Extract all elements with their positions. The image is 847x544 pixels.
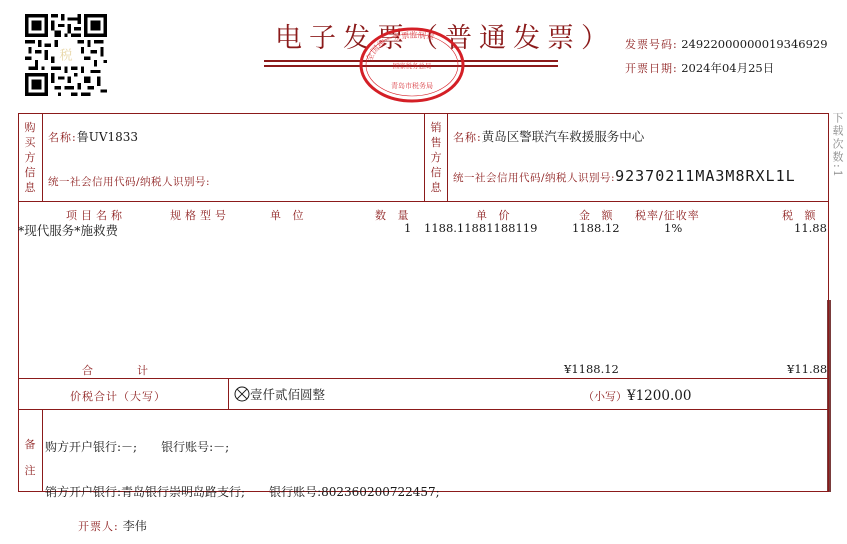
item-name: *现代服务*施救费 — [18, 221, 118, 239]
remarks-section-label: 备注 — [23, 432, 37, 484]
buyer-name-value: 鲁UV1833 — [77, 130, 138, 144]
stamp-bottom-text: 青岛市税务局 — [391, 81, 433, 90]
stamp-middle-text: 国家税务总局 — [393, 61, 433, 70]
grand-total-divider — [228, 378, 229, 409]
seller-tax-id-value: 92370211MA3M8RXL1L — [615, 167, 796, 185]
circled-x-icon — [234, 386, 250, 402]
issuer-value: 李伟 — [123, 519, 147, 533]
frame-right — [828, 113, 829, 492]
grand-total-lowercase-value: ¥1200.00 — [627, 388, 691, 404]
item-unit-price: 1188.11881188119 — [424, 221, 537, 235]
grand-total-lowercase: （小写）¥1200.00 — [583, 385, 691, 404]
seller-name: 名称:黄岛区警联汽车救援服务中心 — [453, 126, 644, 145]
party-divider — [424, 113, 425, 201]
issue-date-label: 开票日期: — [625, 62, 678, 75]
invoice-number-value: 24922000000019346929 — [681, 37, 827, 51]
item-tax-rate: 1% — [664, 221, 682, 235]
total-tax: ¥11.88 — [787, 362, 827, 376]
grand-total-uppercase-value: 壹仟贰佰圆整 — [250, 387, 325, 402]
remarks-seller-bank: 销方开户银行:青岛银行崇明岛路支行; 银行账号:802360200722457; — [45, 485, 440, 500]
qr-code: 税 — [25, 14, 107, 96]
item-amount: 1188.12 — [572, 221, 620, 235]
buyer-tax-id-label: 统一社会信用代码/纳税人识别号: — [48, 176, 210, 188]
issuer: 开票人:李伟 — [78, 515, 147, 534]
item-tax: 11.88 — [794, 221, 827, 235]
tax-bureau-stamp: 全国统一发票监制章 国家税务总局 青岛市税务局 — [358, 26, 466, 104]
grand-total-small-label: （小写） — [583, 390, 627, 403]
remarks-content: 购方开户银行:－; 银行账号:－; 销方开户银行:青岛银行崇明岛路支行; 银行账… — [45, 410, 440, 515]
seller-name-value: 黄岛区警联汽车救援服务中心 — [482, 129, 645, 144]
col-header-unit: 单 位 — [270, 207, 308, 223]
remarks-label-divider — [42, 409, 43, 491]
item-quantity: 1 — [404, 221, 411, 235]
invoice-number-label: 发票号码: — [625, 38, 678, 51]
seller-name-label: 名称: — [453, 131, 482, 144]
issue-date-value: 2024年04月25日 — [681, 61, 774, 75]
issue-date: 开票日期: 2024年04月25日 — [625, 60, 774, 76]
invoice-number: 发票号码: 24922000000019346929 — [625, 36, 828, 52]
col-header-spec: 规格型号 — [170, 207, 230, 223]
download-count-label: 下载次数: — [831, 112, 844, 170]
buyer-tax-id: 统一社会信用代码/纳税人识别号: — [48, 170, 210, 189]
seller-label-divider — [447, 113, 448, 201]
issuer-label: 开票人: — [78, 520, 119, 533]
download-count-value: 1 — [831, 170, 844, 179]
frame-total-bottom — [18, 378, 828, 379]
download-count: 下载次数:1 — [829, 112, 845, 179]
remarks-buyer-bank: 购方开户银行:－; 银行账号:－; — [45, 440, 440, 455]
buyer-section-label: 购买方信息 — [23, 120, 37, 195]
stamp-top-text: 全国统一发票监制章 — [364, 30, 435, 63]
buyer-name-label: 名称: — [48, 131, 77, 144]
seller-section-label: 销售方信息 — [429, 120, 443, 195]
seller-tax-id: 统一社会信用代码/纳税人识别号:92370211MA3M8RXL1L — [453, 166, 796, 185]
grand-total-label: 价税合计（大写） — [70, 388, 166, 404]
seller-tax-id-label: 统一社会信用代码/纳税人识别号: — [453, 172, 615, 184]
svg-text:税: 税 — [59, 47, 72, 63]
total-label: 合 计 — [82, 362, 148, 378]
svg-text:全国统一发票监制章: 全国统一发票监制章 — [364, 30, 435, 63]
total-amount: ¥1188.12 — [564, 362, 619, 376]
frame-top — [18, 113, 828, 114]
buyer-label-divider — [42, 113, 43, 201]
frame-left — [18, 113, 19, 492]
buyer-name: 名称:鲁UV1833 — [48, 126, 138, 145]
grand-total-uppercase: 壹仟贰佰圆整 — [234, 384, 325, 403]
frame-party-bottom — [18, 201, 828, 202]
